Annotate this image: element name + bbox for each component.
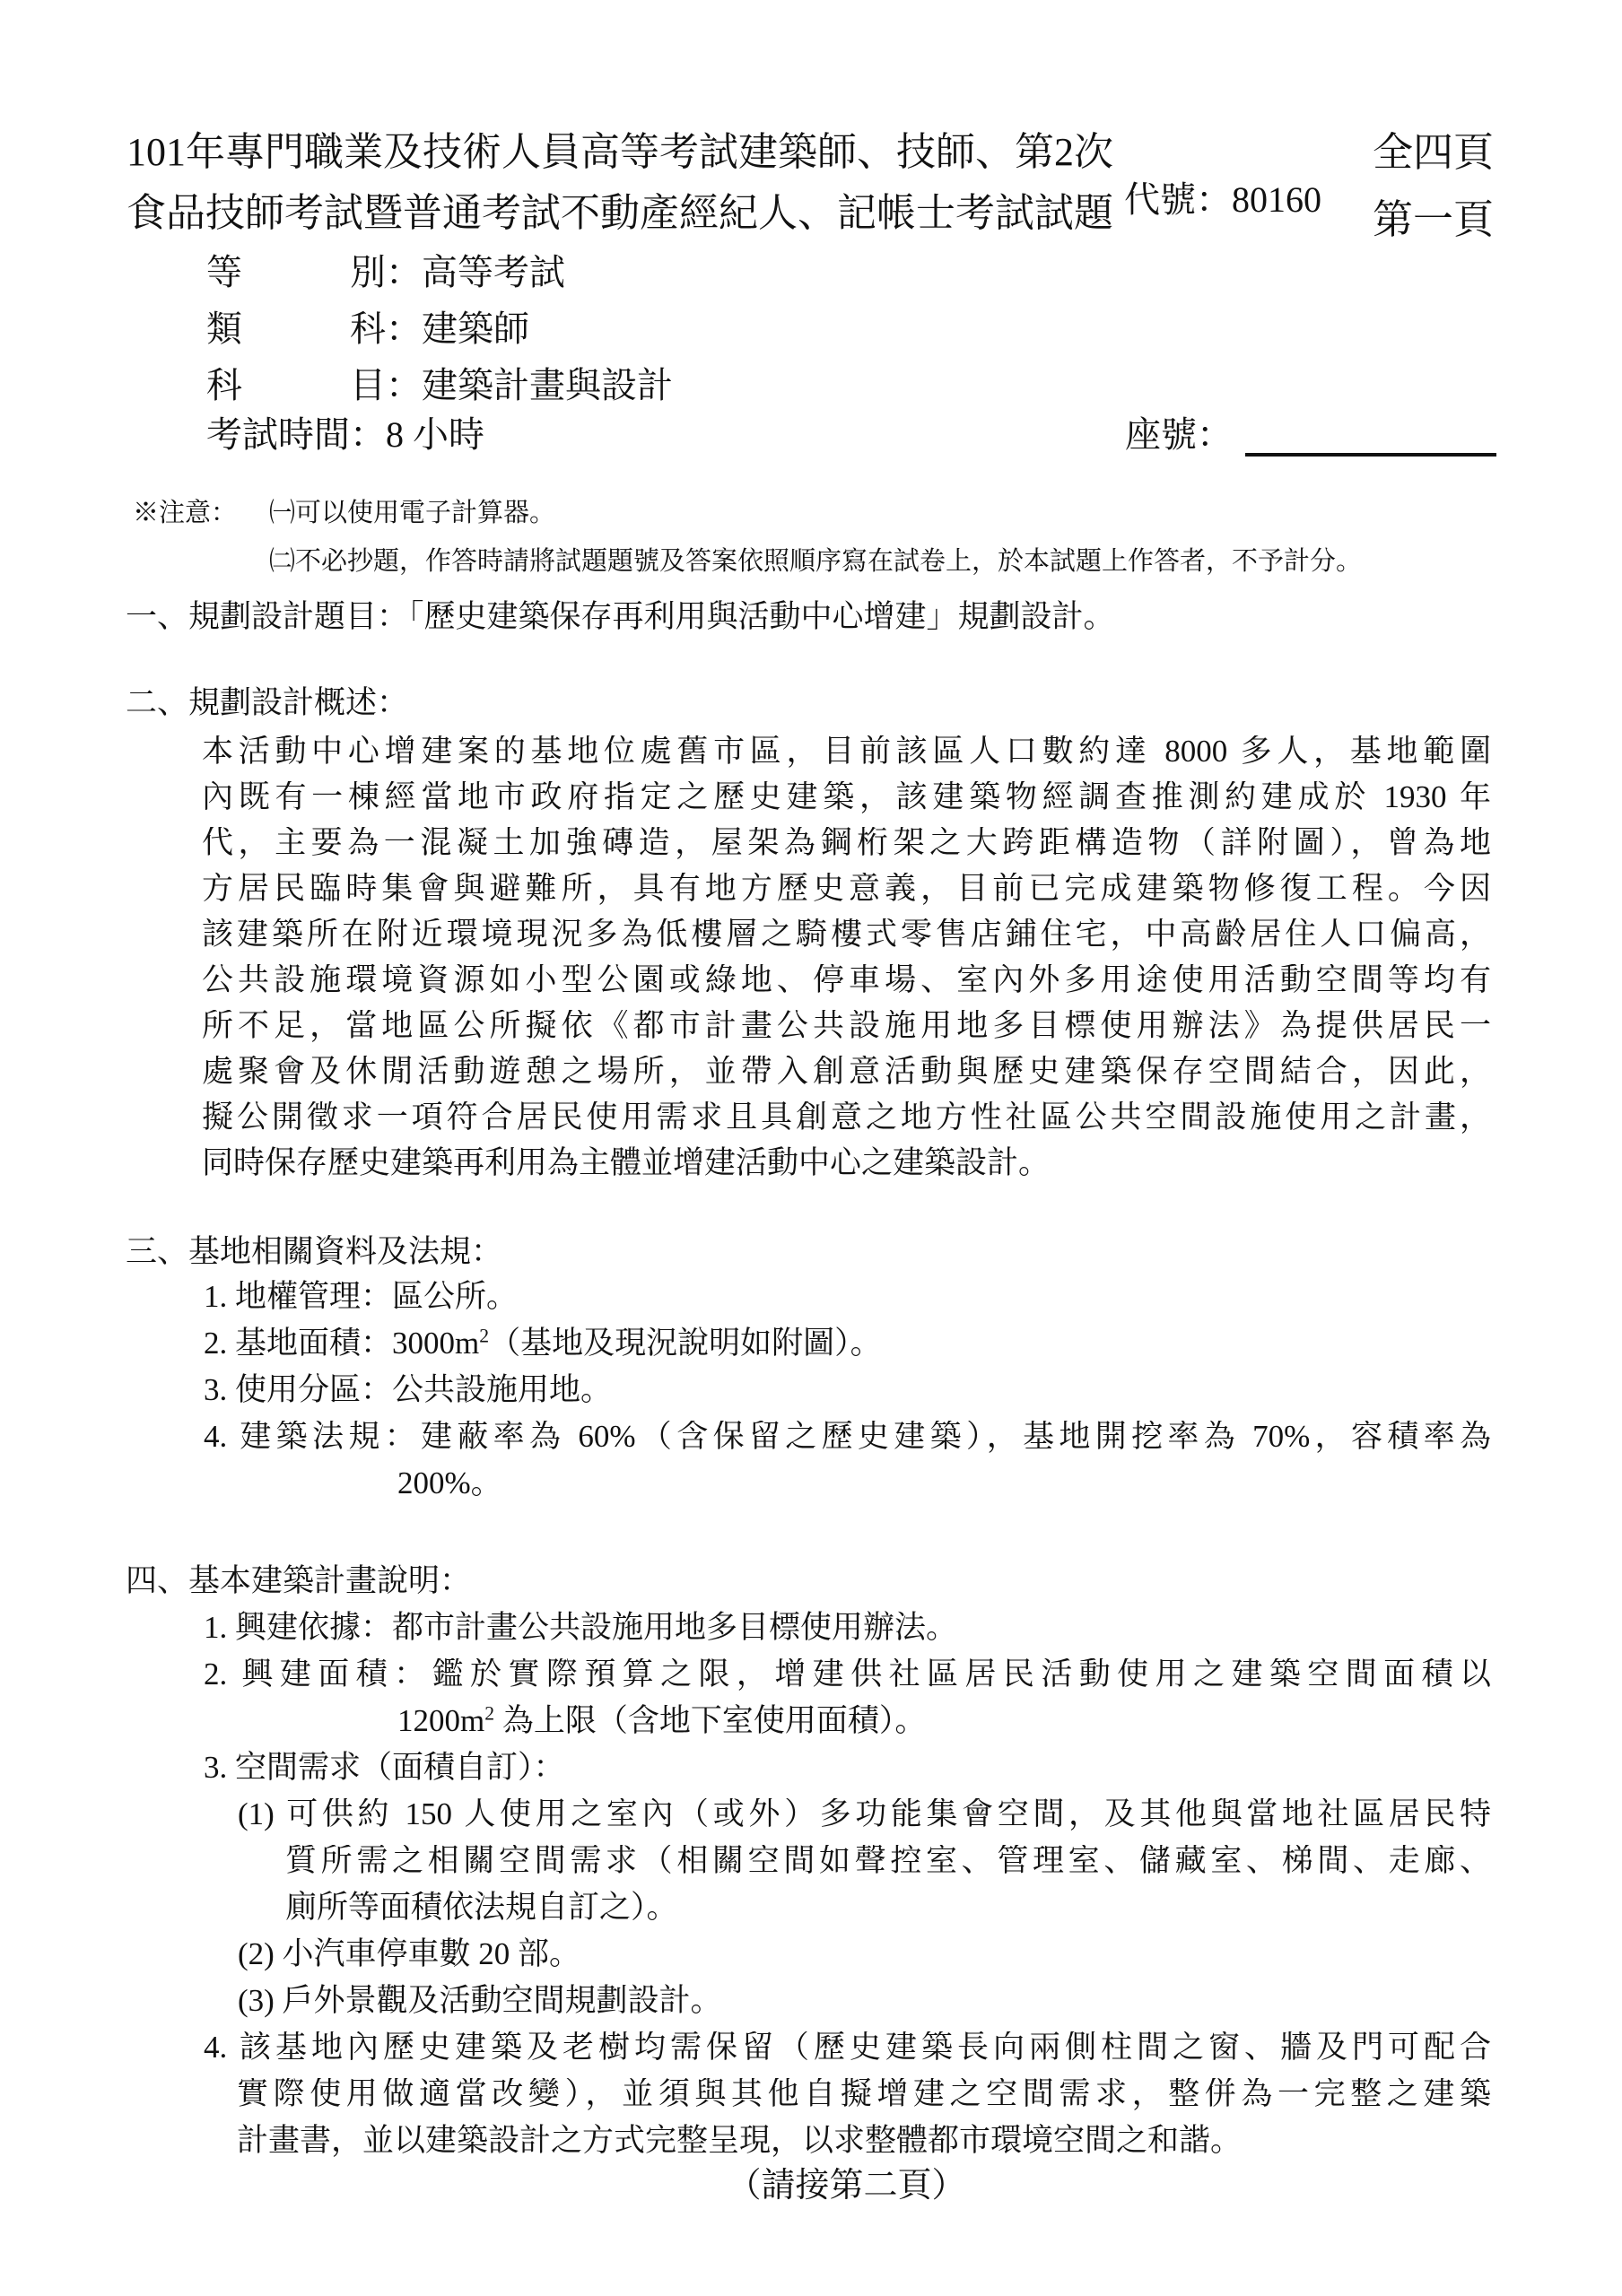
meta-row-subject: 科 目：建築計畫與設計 (206, 368, 673, 404)
section-4-item-3-sub-1-line-2: 質所需之相關空間需求（相關空間如聲控室、管理室、儲藏室、梯間、走廊、 (285, 1845, 1491, 1884)
notice-line-2: ㈡不必抄題，作答時請將試題題號及答案依照順序寫在試卷上，於本試題上作答者，不予計… (269, 549, 1362, 575)
exam-code: 代號：80160 (1124, 182, 1321, 218)
section-2-paragraph-line: 公共設施環境資源如小型公園或綠地、停車場、室內外多用途使用活動空間等均有 (202, 964, 1491, 1004)
site-area-note: （基地及現況說明如附圖）。 (489, 1326, 882, 1361)
section-3-item-1: 1. 地權管理：區公所。 (204, 1281, 518, 1312)
section-2-paragraph-line: 本活動中心增建案的基地位處舊市區，目前該區人口數約達 8000 多人，基地範圍 (202, 735, 1491, 775)
section-4-item-3-sub-1-line-3: 廁所等面積依法規自訂之）。 (285, 1892, 678, 1923)
meta-row-level: 等 別：高等考試 (206, 255, 565, 291)
section-3-item-4: 4. 建築法規：建蔽率為 60%（含保留之歷史建築），基地開挖率為 70%，容積… (204, 1421, 1491, 1460)
floor-area-note: 為上限（含地下室使用面積）。 (494, 1703, 926, 1738)
section-4-item-3-sub-3: (3) 戶外景觀及活動空間規劃設計。 (238, 1985, 722, 2016)
square-meter-superscript: 2 (479, 1325, 489, 1346)
exam-title-line-2: 食品技師考試暨普通考試不動產經紀人、記帳士考試試題 (126, 194, 1113, 233)
section-4-item-4-line-2: 實際使用做適當改變），並須與其他自擬增建之空間需求，整併為一完整之建築 (237, 2078, 1491, 2118)
square-meter-superscript: 2 (484, 1702, 494, 1724)
page-current: 第一頁 (1373, 200, 1494, 240)
seat-number-blank-line (1245, 453, 1496, 457)
section-3-item-3: 3. 使用分區：公共設施用地。 (204, 1374, 612, 1405)
section-4-item-1: 1. 興建依據：都市計畫公共設施用地多目標使用辦法。 (204, 1612, 957, 1643)
exam-paper-page: 101年專門職業及技術人員高等考試建築師、技師、第2次 食品技師考試暨普通考試不… (0, 0, 1622, 2296)
exam-title-line-1: 101年專門職業及技術人員高等考試建築師、技師、第2次 (126, 133, 1113, 172)
floor-area-text: 1200m (397, 1703, 484, 1738)
section-4-item-4-line-3: 計畫書，並以建築設計之方式完整呈現，以求整體都市環境空間之和諧。 (237, 2125, 1242, 2156)
section-2-paragraph-line: 該建築所在附近環境現況多為低樓層之騎樓式零售店鋪住宅，中高齡居住人口偏高， (202, 918, 1491, 958)
notice-prefix: ※注意： (133, 500, 237, 526)
section-4-item-3-sub-2: (2) 小汽車停車數 20 部。 (238, 1938, 580, 1970)
section-2-paragraph-line: 方居民臨時集會與避難所，具有地方歷史意義，目前已完成建築物修復工程。今因 (202, 873, 1491, 912)
seat-number-label: 座號： (1125, 417, 1233, 453)
section-4-item-3: 3. 空間需求（面積自訂）： (204, 1752, 565, 1783)
section-4-heading: 四、基本建築計畫說明： (126, 1565, 471, 1596)
meta-row-category: 類 科：建築師 (206, 311, 529, 347)
section-2-paragraph-line: 內既有一棟經當地市政府指定之歷史建築，該建築物經調查推測約建成於 1930 年 (202, 781, 1491, 821)
section-2-paragraph-line: 擬公開徵求一項符合居民使用需求且具創意之地方性社區公共空間設施使用之計畫， (202, 1101, 1491, 1141)
section-3-item-4-continuation: 200%。 (397, 1467, 502, 1499)
pages-total: 全四頁 (1373, 133, 1494, 173)
meta-row-time: 考試時間：8 小時 (206, 417, 484, 453)
continue-next-page-note: （請接第二頁） (202, 2169, 1491, 2203)
section-4-item-2: 2. 興建面積：鑑於實際預算之限，增建供社區居民活動使用之建築空間面積以 (204, 1658, 1491, 1698)
section-4-item-3-sub-1-line-1: (1) 可供約 150 人使用之室內（或外）多功能集會空間，及其他與當地社區居民… (238, 1798, 1491, 1838)
section-3-heading: 三、基地相關資料及法規： (126, 1236, 502, 1267)
section-4-item-4-line-1: 4. 該基地內歷史建築及老樹均需保留（歷史建築長向兩側柱間之窗、牆及門可配合 (204, 2031, 1491, 2071)
section-2-heading: 二、規劃設計概述： (126, 687, 408, 718)
notice-line-1: ㈠可以使用電子計算器。 (269, 500, 555, 526)
section-1-title: 一、規劃設計題目：「歷史建築保存再利用與活動中心增建」規劃設計。 (126, 601, 1115, 632)
section-2-paragraph-line: 所不足，當地區公所擬依《都市計畫公共設施用地多目標使用辦法》為提供居民一 (202, 1010, 1491, 1049)
site-area-text: 2. 基地面積：3000m (204, 1326, 479, 1361)
section-2-paragraph-line: 同時保存歷史建築再利用為主體並增建活動中心之建築設計。 (202, 1147, 1050, 1178)
section-2-paragraph-line: 處聚會及休閒活動遊憩之場所，並帶入創意活動與歷史建築保存空間結合，因此， (202, 1056, 1491, 1095)
section-3-item-2: 2. 基地面積：3000m2（基地及現況說明如附圖）。 (204, 1327, 882, 1359)
section-2-paragraph-line: 代，主要為一混凝土加強磚造，屋架為鋼桁架之大跨距構造物（詳附圖），曾為地 (202, 827, 1491, 866)
section-4-item-2-continuation: 1200m2 為上限（含地下室使用面積）。 (397, 1705, 926, 1736)
